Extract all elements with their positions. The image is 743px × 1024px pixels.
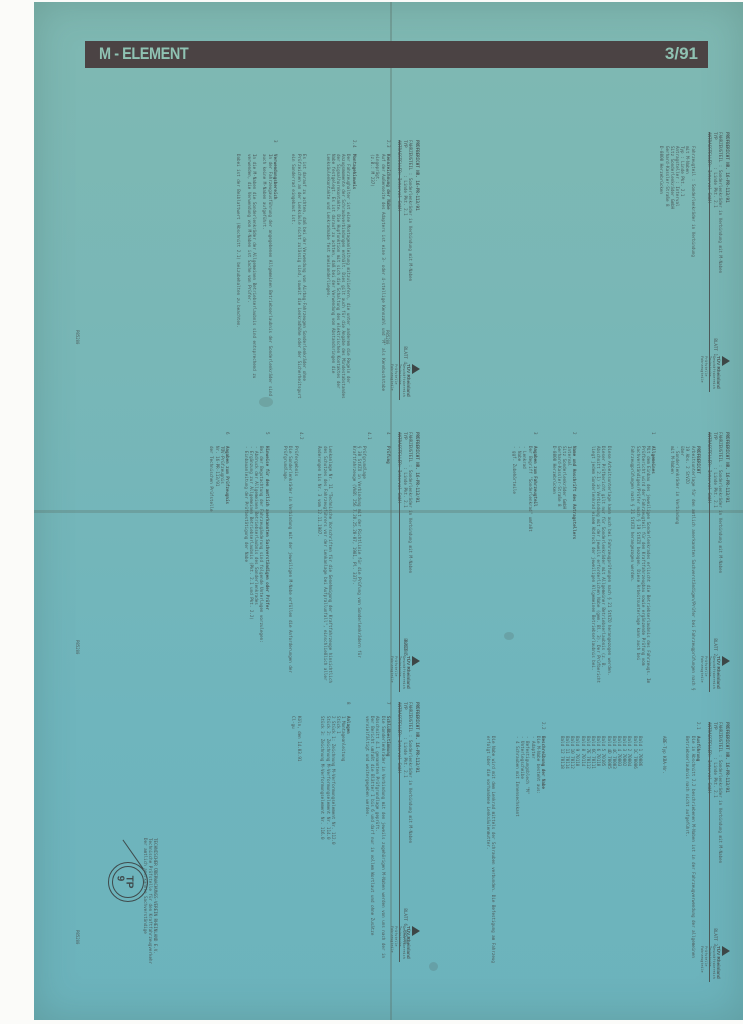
section-heading: Montagehinweis (352, 154, 357, 189)
section-text: Prüfergebnis Die Sonderlenkräder in Verb… (283, 432, 299, 692)
header-rule (399, 432, 400, 692)
margin-code: P85200 (75, 330, 80, 344)
page-header: PRÜFBERICHT NR. 16-PR-113/91 FAHRZEUGTEI… (397, 140, 420, 400)
section: 6Angaben zum Prüfzeugnis TÜV-Prüfzeugnis… (204, 432, 235, 692)
section-text: Diese Arbeitsunterlage kann auch bei Fah… (591, 432, 612, 692)
fahrzeugteil: FAHRZEUGTEIL : Sonderlenkräder in Verbin… (718, 432, 723, 692)
tuv-name: TÜV Rheinland (716, 356, 721, 392)
header-rule (709, 722, 710, 982)
page-header: PRÜFBERICHT NR. 16-PR-113/91 FAHRZEUGTEI… (707, 132, 730, 392)
section-text: ABE-Typ KBA-Nr. (661, 722, 666, 982)
report-ref: PRÜFBERICHT NR. 16-PR-113/91 (415, 140, 420, 400)
page-header: PRÜFBERICHT NR. 16-PR-113/91 FAHRZEUGTEI… (707, 722, 730, 982)
section-heading: Allgemeines (651, 446, 656, 474)
section-text: Die in Abschnitt 2.2 beschriebenen M-Nab… (685, 722, 695, 982)
tuv-triangle-icon (722, 946, 730, 956)
section-heading: Kennzeichnung der Nabe (386, 154, 391, 209)
section: 8Anlagen 1 Montageanleitung Stück 1 2 St… (315, 702, 357, 962)
section-number: 2.2 (541, 722, 546, 736)
section: 2.1Ausführung Die in Abschnitt 2.2 besch… (680, 722, 706, 982)
header-rule (399, 702, 400, 962)
section-text: Die Nabe wird mit dem Lenkrad mittels de… (486, 722, 496, 982)
stain (429, 962, 438, 971)
page-body: 7Schlußbestimmung Die Sonderlenkräder in… (283, 702, 396, 962)
margin-code: P85200 (75, 930, 80, 944)
section-number: 2.3 (386, 140, 391, 154)
section-heading: Ausführung (696, 736, 701, 761)
section: Köln, den 14.03.91 Cl-gu (286, 702, 312, 962)
banner-issue: 3/91 (665, 44, 698, 64)
section: 4.1 Prüfgrundlage § 30 StVZO in Verbindu… (346, 432, 377, 692)
report-ref: PRÜFBERICHT NR. 16-PR-113/91 (725, 722, 730, 982)
section: 4.2 Prüfergebnis Die Sonderlenkräder in … (278, 432, 309, 692)
page-header: PRÜFBERICHT NR. 16-PR-113/91 FAHRZEUGTEI… (397, 432, 420, 692)
page-body: 2.1Ausführung Die in Abschnitt 2.2 besch… (478, 722, 706, 982)
blatt-number: BLATT 1 (713, 338, 718, 356)
section: Es ist darauf zu achten, daß bei der Ver… (286, 140, 317, 400)
section-number: 4 (386, 432, 391, 446)
tuv-name: TÜV Rheinland (406, 926, 411, 962)
tuv-name: TÜV Rheinland (716, 656, 721, 692)
report-page-5: PRÜFBERICHT NR. 16-PR-113/91 FAHRZEUGTEI… (300, 432, 420, 692)
section-text: Prüfgrundlage § 30 StVZO in Verbindung m… (351, 432, 367, 692)
section: 2.3Kennzeichnung der Nabe Auf der Außens… (365, 140, 396, 400)
section-heading: Verwendungsbereich (273, 154, 278, 199)
section-heading: Beschreibung der Nabe (541, 736, 546, 789)
tuv-name: TÜV Rheinland (716, 946, 721, 982)
section-text: 1 Montageanleitung Stück 1 2 Stück 1: Ze… (320, 702, 346, 962)
stamp-center: TP 9 (115, 876, 133, 889)
section-heading: Angaben zum Fahrzeugteil (533, 446, 538, 507)
blatt-number: BLATT 5 (403, 638, 408, 656)
margin-code: P85200 (75, 640, 80, 654)
section-text: Interval Sitz Sonderlenkräder GmbH Gerha… (551, 432, 572, 692)
page-body: PRÜFBERICHT Arbeitsunterlage für den amt… (504, 432, 706, 692)
report-ref: PRÜFBERICHT NR. 16-PR-113/91 (725, 132, 730, 392)
tuv-triangle-icon (412, 364, 420, 374)
banner-title: M - ELEMENT (99, 44, 188, 64)
section-number: 2.1 (696, 722, 701, 736)
report-page-6: PRÜFBERICHT NR. 16-PR-113/91 FAHRZEUGTEI… (300, 702, 420, 962)
section-heading: Hinweise für den amtlich anerkannten Sac… (265, 446, 270, 610)
section: 2.4Montagehinweis Der Fahrzeughalter ist… (320, 140, 362, 400)
blatt-number: BLATT 3 (713, 928, 718, 946)
section-heading: Prüfung (386, 446, 391, 464)
report-ref: PRÜFBERICHT NR. 16-PR-113/91 (415, 432, 420, 692)
page-header: PRÜFBERICHT NR. 16-PR-113/91 FAHRZEUGTEI… (397, 702, 420, 962)
section: Die Nabe wird mit dem Lenkrad mittels de… (481, 722, 507, 982)
section-text: Der Fahrzeughalter ist eine Montageanlei… (325, 140, 351, 400)
section: 3Angaben zum Fahrzeugteil Der Begriff "S… (507, 432, 543, 692)
section-number: 1 (651, 432, 656, 446)
section-text: Bei der Begutachtung der Fahrzeugänderun… (244, 432, 265, 692)
tuv-triangle-icon (722, 356, 730, 366)
section: PRÜFBERICHT Arbeitsunterlage für den amt… (664, 432, 706, 692)
page-body: 2.3Kennzeichnung der Nabe Auf der Außens… (228, 140, 396, 400)
section-number: 2.4 (351, 140, 356, 154)
section: Lenkanlage Nr. 11 "Technische Vorschrift… (312, 432, 343, 692)
fahrzeugteil: FAHRZEUGTEIL : Sonderlenkräder in Verbin… (718, 132, 723, 392)
section-text: Die Sonderlenkräder in Verbindung mit de… (365, 702, 386, 962)
section-text: Auf der Außenseite des Adapters ist eine… (370, 140, 386, 400)
fahrzeugteil: FAHRZEUGTEIL : Sonderlenkräder in Verbin… (408, 140, 413, 400)
section-heading: Anlagen (346, 716, 351, 734)
section: Bald 1 70086 Bald 1C 70086 Bald 2 70004 … (554, 722, 653, 982)
section-text: Fahrzeugteil : Sonderlenkräder in Verbin… (659, 132, 695, 392)
section-text: Lenkanlage Nr. 11 "Technische Vorschrift… (317, 432, 333, 692)
page-body: 4Prüfung 4.1 Prüfgrundlage § 30 StVZO in… (201, 432, 396, 692)
report-ref: PRÜFBERICHT NR. 16-PR-113/91 (725, 432, 730, 692)
section: 1Allgemeines Mit dem Einbau des jeweilig… (625, 432, 661, 692)
section: 7Schlußbestimmung Die Sonderlenkräder in… (360, 702, 396, 962)
section: 3Verwendungsbereich In der Fahrzeugausfü… (231, 140, 283, 400)
section-number: 2 (572, 432, 577, 446)
page-body: Fahrzeugteil : Sonderlenkräder in Verbin… (651, 132, 706, 392)
section-number: 8 (346, 702, 351, 716)
fahrzeugteil: FAHRZEUGTEIL : Sonderlenkräder in Verbin… (408, 432, 413, 692)
section-number: 3 (533, 432, 538, 446)
report-page-2: PRÜFBERICHT NR. 16-PR-113/91 FAHRZEUGTEI… (610, 432, 730, 692)
tuv-name: TÜV Rheinland (406, 656, 411, 692)
tuv-name: TÜV Rheinland (406, 364, 411, 400)
section: 2Name und Anschrift des Antragstellers I… (546, 432, 582, 692)
report-page-4: PRÜFBERICHT NR. 16-PR-113/91 FAHRZEUGTEI… (300, 140, 420, 400)
section-text: Der Begriff "Sonderlenkrad" umfaßt - Len… (512, 432, 533, 692)
section-number: 4.1 (367, 432, 372, 446)
section: 5Hinweise für den amtlich anerkannten Sa… (238, 432, 274, 692)
section: Fahrzeugteil : Sonderlenkräder in Verbin… (654, 132, 706, 392)
fahrzeugteil: FAHRZEUGTEIL : Sonderlenkräder in Verbin… (718, 722, 723, 982)
section: ABE-Typ KBA-Nr. (656, 722, 677, 982)
section: Diese Arbeitsunterlage kann auch bei Fah… (586, 432, 622, 692)
page-header: PRÜFBERICHT NR. 16-PR-113/91 FAHRZEUGTEI… (707, 432, 730, 692)
fahrzeugteil: FAHRZEUGTEIL : Sonderlenkräder in Verbin… (408, 702, 413, 962)
section-text: Die M-Nabe besteht aus: - Adapter - Befe… (515, 722, 541, 982)
section-number: 6 (225, 432, 230, 446)
section-text: Arbeitsunterlage für den amtlich anerkan… (670, 432, 696, 692)
tuv-triangle-icon (412, 656, 420, 666)
header-rule (399, 140, 400, 400)
section-number: 5 (264, 432, 269, 446)
section: 2.2Beschreibung der Nabe Die M-Nabe best… (510, 722, 552, 982)
header-rule (709, 432, 710, 692)
section-heading: Angaben zum Prüfzeugnis (225, 446, 230, 504)
header-rule (709, 132, 710, 392)
section-text: TÜV-Prüfzeugnis Nr. 16-PR-113/91 der Tec… (209, 432, 225, 692)
report-page-1: PRÜFBERICHT NR. 16-PR-113/91 FAHRZEUGTEI… (610, 132, 730, 392)
report-page-3: PRÜFBERICHT NR. 16-PR-113/91 FAHRZEUGTEI… (610, 722, 730, 982)
section-number: 4.2 (299, 432, 304, 446)
section-text: Bald 1 70086 Bald 1C 70086 Bald 2 70004 … (560, 722, 643, 982)
section-text: Mit dem Einbau des jeweiligen Sonderlenk… (630, 432, 651, 692)
header-banner: M - ELEMENT 3/91 (85, 41, 708, 68)
section-heading: PRÜFBERICHT (696, 446, 701, 474)
section-text: Köln, den 14.03.91 Cl-gu (291, 702, 301, 962)
blatt-number: BLATT 2 (713, 638, 718, 656)
section-number: 3 (273, 140, 278, 154)
official-stamp: TP 9 (108, 862, 148, 902)
section-text: Es ist darauf zu achten, daß bei der Ver… (291, 140, 307, 400)
tuv-triangle-icon (412, 926, 420, 936)
report-ref: PRÜFBERICHT NR. 16-PR-113/91 (415, 702, 420, 962)
section-text: In der Fahrzeugausführung der angegebene… (236, 140, 272, 400)
blatt-number: BLATT 4 (403, 346, 408, 364)
section: 4Prüfung (380, 432, 396, 692)
tuv-triangle-icon (722, 656, 730, 666)
section-heading: Name und Anschrift des Antragstellers (572, 446, 577, 539)
section-heading: Schlußbestimmung (386, 716, 391, 756)
blatt-number: BLATT 6 (403, 908, 408, 926)
section-number: 7 (386, 702, 391, 716)
